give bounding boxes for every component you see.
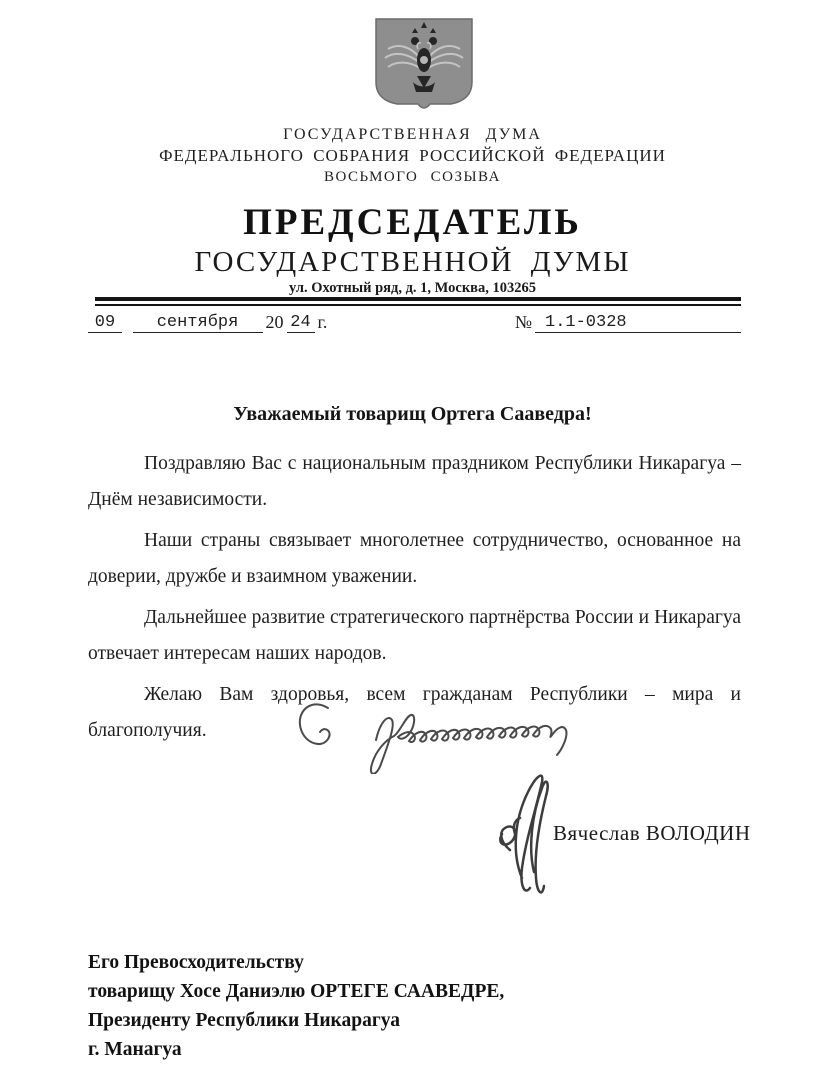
number-label: №	[512, 312, 535, 333]
addressee-honorific: Его Превосходительству	[88, 948, 504, 977]
org-name-line2: ФЕДЕРАЛЬНОГО СОБРАНИЯ РОССИЙСКОЙ ФЕДЕРАЦ…	[0, 145, 825, 167]
chairman-title: ПРЕДСЕДАТЕЛЬ	[0, 201, 825, 244]
signer-name: Вячеслав ВОЛОДИН	[553, 821, 751, 846]
addressee-title: Президенту Республики Никарагуа	[88, 1006, 504, 1035]
reference-row: 09 сентября 2024 г. № 1.1-0328	[88, 312, 741, 333]
addressee-city: г. Манагуа	[88, 1035, 504, 1064]
date-year-field: 24	[287, 313, 315, 333]
street-address: ул. Охотный ряд, д. 1, Москва, 103265	[0, 280, 825, 297]
addressee-block: Его Превосходительству товарищу Хосе Дан…	[88, 948, 504, 1064]
date-fields: 09 сентября 2024 г.	[88, 312, 330, 333]
salutation: Уважаемый товарищ Ортега Сааведра!	[0, 403, 825, 426]
duma-title: ГОСУДАРСТВЕННОЙ ДУМЫ	[0, 246, 825, 279]
letterhead-divider-rule	[95, 297, 741, 306]
addressee-name: товарищу Хосе Даниэлю ОРТЕГЕ СААВЕДРЕ,	[88, 977, 504, 1006]
coat-of-arms-icon	[372, 16, 476, 113]
paragraph-3: Дальнейшее развитие стратегического парт…	[88, 600, 741, 672]
paragraph-2: Наши страны связывает многолетнее сотруд…	[88, 523, 741, 595]
date-day-field: 09	[88, 313, 122, 333]
paragraph-1: Поздравляю Вас с национальным праздником…	[88, 446, 741, 518]
date-year-suffix: г.	[315, 312, 331, 333]
date-century-preprint: 20	[263, 312, 287, 333]
number-fields: № 1.1-0328	[512, 312, 741, 333]
letter-page: ГОСУДАРСТВЕННАЯ ДУМА ФЕДЕРАЛЬНОГО СОБРАН…	[0, 0, 825, 1068]
handwritten-closing-script-icon	[292, 692, 624, 774]
org-name-line1: ГОСУДАРСТВЕННАЯ ДУМА	[0, 124, 825, 145]
letterhead-org-block: ГОСУДАРСТВЕННАЯ ДУМА ФЕДЕРАЛЬНОГО СОБРАН…	[0, 124, 825, 188]
org-name-line3: ВОСЬМОГО СОЗЫВА	[0, 167, 825, 188]
document-number-field: 1.1-0328	[535, 313, 741, 333]
date-month-field: сентября	[133, 313, 263, 333]
